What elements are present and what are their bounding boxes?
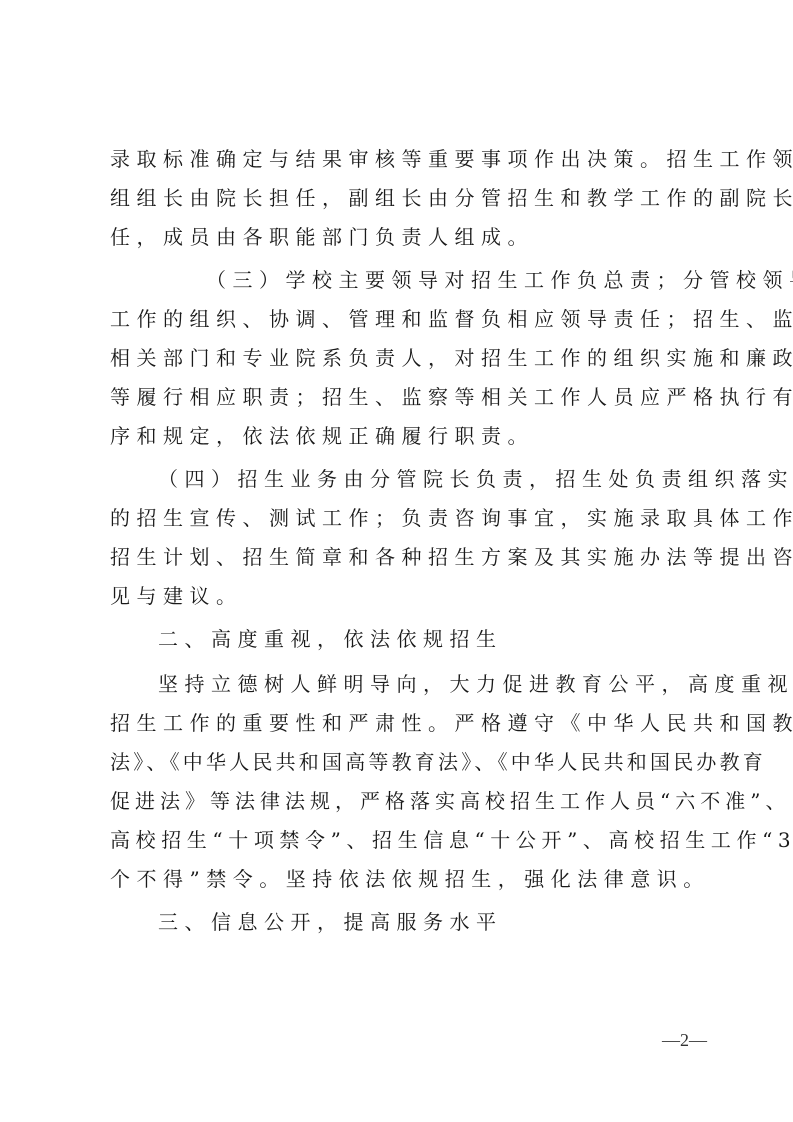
text-line: 录取标准确定与结果审核等重要事项作出决策。招生工作领导小 [110, 140, 694, 179]
page-number: —2— [662, 1030, 707, 1051]
text-line: 组组长由院长担任，副组长由分管招生和教学工作的副院长担 [110, 179, 694, 218]
text-line: 招生计划、招生简章和各种招生方案及其实施办法等提出咨询意 [110, 538, 694, 577]
text-line: 工作的组织、协调、管理和监督负相应领导责任；招生、监察等 [110, 300, 694, 339]
heading-text: 二、高度重视，依法依规招生 [110, 620, 694, 659]
text-line: （四）招生业务由分管院长负责，招生处负责组织落实学校 [110, 460, 694, 499]
text-line: （三）学校主要领导对招生工作负总责；分管校领导对招生 [110, 261, 694, 300]
text-line: 法》、《中华人民共和国高等教育法》、《中华人民共和国民办教育 [110, 743, 694, 782]
section-heading-3: 三、信息公开，提高服务水平 [110, 903, 694, 942]
paragraph-section-4: （四）招生业务由分管院长负责，招生处负责组织落实学校 的招生宣传、测试工作；负责… [110, 460, 694, 616]
document-body: 录取标准确定与结果审核等重要事项作出决策。招生工作领导小 组组长由院长担任，副组… [110, 140, 694, 948]
paragraph-law-compliance: 坚持立德树人鲜明导向，大力促进教育公平，高度重视规范 招生工作的重要性和严肃性。… [110, 665, 694, 899]
paragraph-section-3: （三）学校主要领导对招生工作负总责；分管校领导对招生 工作的组织、协调、管理和监… [110, 261, 694, 456]
text-line: 招生工作的重要性和严肃性。严格遵守《中华人民共和国教育 [110, 704, 694, 743]
text-line: 促进法》等法律法规，严格落实高校招生工作人员“六不准”、 [110, 782, 694, 821]
text-line: 坚持立德树人鲜明导向，大力促进教育公平，高度重视规范 [110, 665, 694, 704]
text-line: 高校招生“十项禁令”、招生信息“十公开”、高校招生工作“30 [110, 821, 694, 860]
section-heading-2: 二、高度重视，依法依规招生 [110, 620, 694, 659]
text-line: 序和规定，依法依规正确履行职责。 [110, 417, 694, 456]
text-line: 的招生宣传、测试工作；负责咨询事宜，实施录取具体工作；对 [110, 499, 694, 538]
text-line: 任，成员由各职能部门负责人组成。 [110, 218, 694, 257]
text-line: 等履行相应职责；招生、监察等相关工作人员应严格执行有关程 [110, 378, 694, 417]
text-line: 相关部门和专业院系负责人，对招生工作的组织实施和廉政建设 [110, 339, 694, 378]
text-line: 个不得”禁令。坚持依法依规招生，强化法律意识。 [110, 860, 694, 899]
paragraph-continuation: 录取标准确定与结果审核等重要事项作出决策。招生工作领导小 组组长由院长担任，副组… [110, 140, 694, 257]
text-line: 见与建议。 [110, 577, 694, 616]
heading-text: 三、信息公开，提高服务水平 [110, 903, 694, 942]
